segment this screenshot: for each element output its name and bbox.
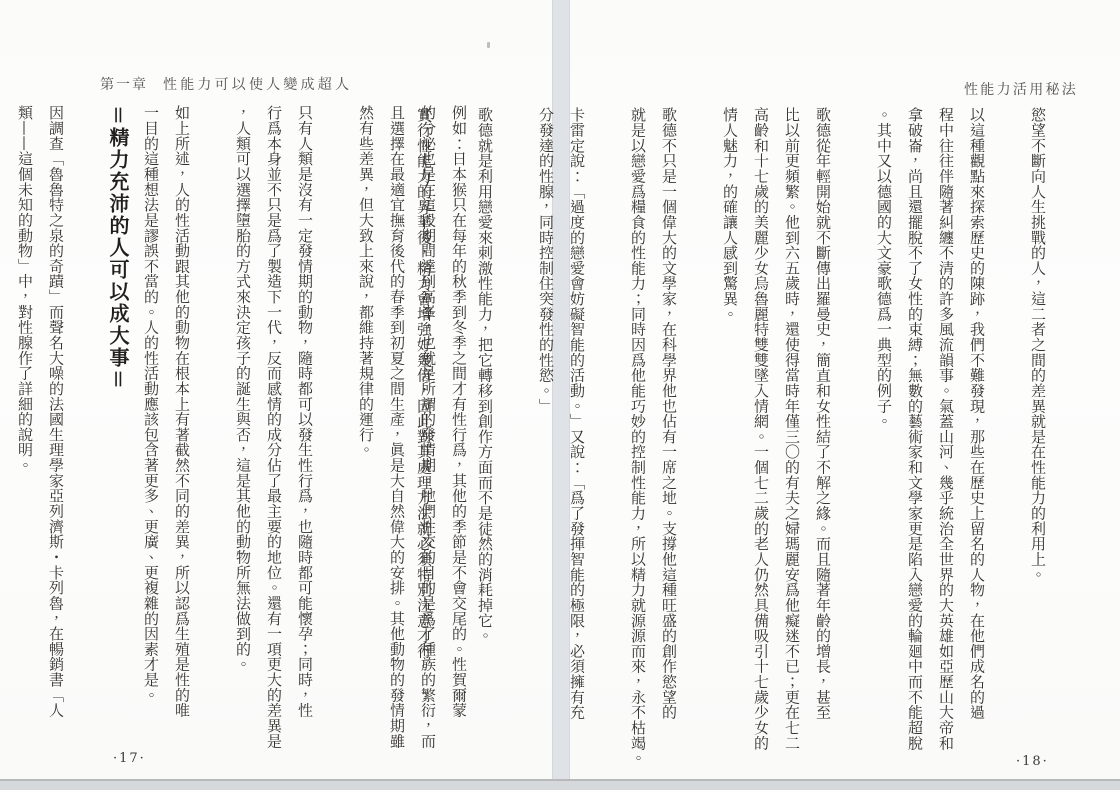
window-bottom-bar [0,779,1120,790]
page-18: 性能力活用秘法 慾望不斷向人生挑戰的人，這二者之間的差異就是在性能力的利用上。 … [570,0,1120,779]
text-column: 程中往往伴隨著糾纏不清的許多風流韻事。氣蓋山河、幾乎統治全世界的大英雄如亞歷山大… [930,107,961,757]
right-running-head: 性能力活用秘法 [964,79,1078,99]
text-column: 類——這個未知的動物」中，對性腺作了詳細的說明。 [9,105,40,755]
right-page-number: ·18· [1016,754,1049,769]
left-page-number: ·17· [113,751,146,766]
chapter-label: 第一章 [100,77,148,93]
scan-speck [241,412,244,415]
text-column: 因調查「魯魯特之泉的奇蹟」而聲名大噪的法國生理學家亞列濟斯・卡列魯，在暢銷書「人 [40,105,101,755]
text-column: 卡雷定說：「過度的戀愛會妨礙智能的活動。」又說：「爲了發揮智能的極限，必須擁有充 [561,107,622,757]
text-column: 高齡和十七歲的美麗少女烏魯麗特雙雙墜入情網。一個七二歲的老人仍然具備吸引十七歲少… [745,107,776,757]
text-column: 分發達的性腺，同時控制住突發性的性慾。」 [530,107,561,757]
text-column: 比以前更頻繁。他到六五歲時，還使得當時年僅三〇的有夫之婦瑪麗安爲他癡迷不已；更在… [776,107,807,757]
text-column: 實行性能力的昇華後，精力會增強好幾倍，因此對其處理方法就必須特別注意才行。 [408,107,469,757]
text-column: 根據他的說法，性腺是可以增強人生理上的作用、智慧上的活動以及一切精神活動等的腺體… [0,105,9,755]
text-column: ，人類可以選擇墮胎的方式來決定孩子的誕生與否，這是其他的動物所無法做到的。 [227,105,258,755]
chapter-title: 性能力可以使人變成超人 [163,77,352,93]
text-column: 慾望不斷向人生挑戰的人，這二者之間的差異就是在性能力的利用上。 [1022,107,1053,757]
text-column: 一目的這種想法是謬誤不當的。人的性活動應該包含著更多、更廣、更複雜的因素才是。 [135,105,166,755]
scan-speck [487,42,490,48]
text-column: 就是以戀愛爲糧食的性能力；同時因爲他能巧妙的控制性能力，所以精力就源源而來，永不… [622,107,653,757]
text-column: 歌德從年輕開始就不斷傳出羅曼史，簡直和女性結了不解之緣。而且隨著年齡的增長，甚至 [807,107,868,757]
text-column: 情人魅力，的確讓人感到驚異。 [714,107,745,757]
text-column: 然有些差異，但大致上來說，都維持著規律的運行。 [350,105,381,755]
text-column: 歌德就是利用戀愛來刺激性能力，把它轉移到創作方面而不是徒然的消耗掉它。 [469,107,530,757]
text-column: 行爲本身並不只是爲了製造下一代，反而感情的成分佔了最主要的地位。還有一項更大的差… [258,105,289,755]
text-column: 。其中又以德國的大文豪歌德爲一典型的例子。 [868,107,899,757]
text-column: 以這種觀點來探索歷史的陳跡，我們不難發現，那些在歷史上留名的人物，在他們成名的過 [961,107,1022,757]
right-page-text: 慾望不斷向人生挑戰的人，這二者之間的差異就是在性能力的利用上。 以這種觀點來探索… [408,107,1053,757]
section-title: ＝精力充沛的人可以成大事＝ [101,105,135,755]
document-viewer: 第一章性能力可以使人變成超人 例如：日本猴只在每年的秋季到冬季之間才有性行爲，其… [0,0,1120,790]
text-column: 只有人類是沒有一定發情期的動物，隨時都可以發生性行爲，也隨時都可能懷孕；同時，性 [289,105,350,755]
text-column: 如上所述，人的性活動跟其他的動物在根本上有著截然不同的差異，所以認爲生殖是性的唯 [166,105,227,755]
text-column: 拿破崙，尚且還擺脫不了女性的束縛；無數的藝術家和文學家更是陷入戀愛的輪廻中而不能… [899,107,930,757]
text-column: 歌德不只是一個偉大的文學家，在科學界他也佔有一席之地。支撐他這種旺盛的創作慾望的 [653,107,714,757]
left-running-head: 第一章性能力可以使人變成超人 [100,74,352,94]
